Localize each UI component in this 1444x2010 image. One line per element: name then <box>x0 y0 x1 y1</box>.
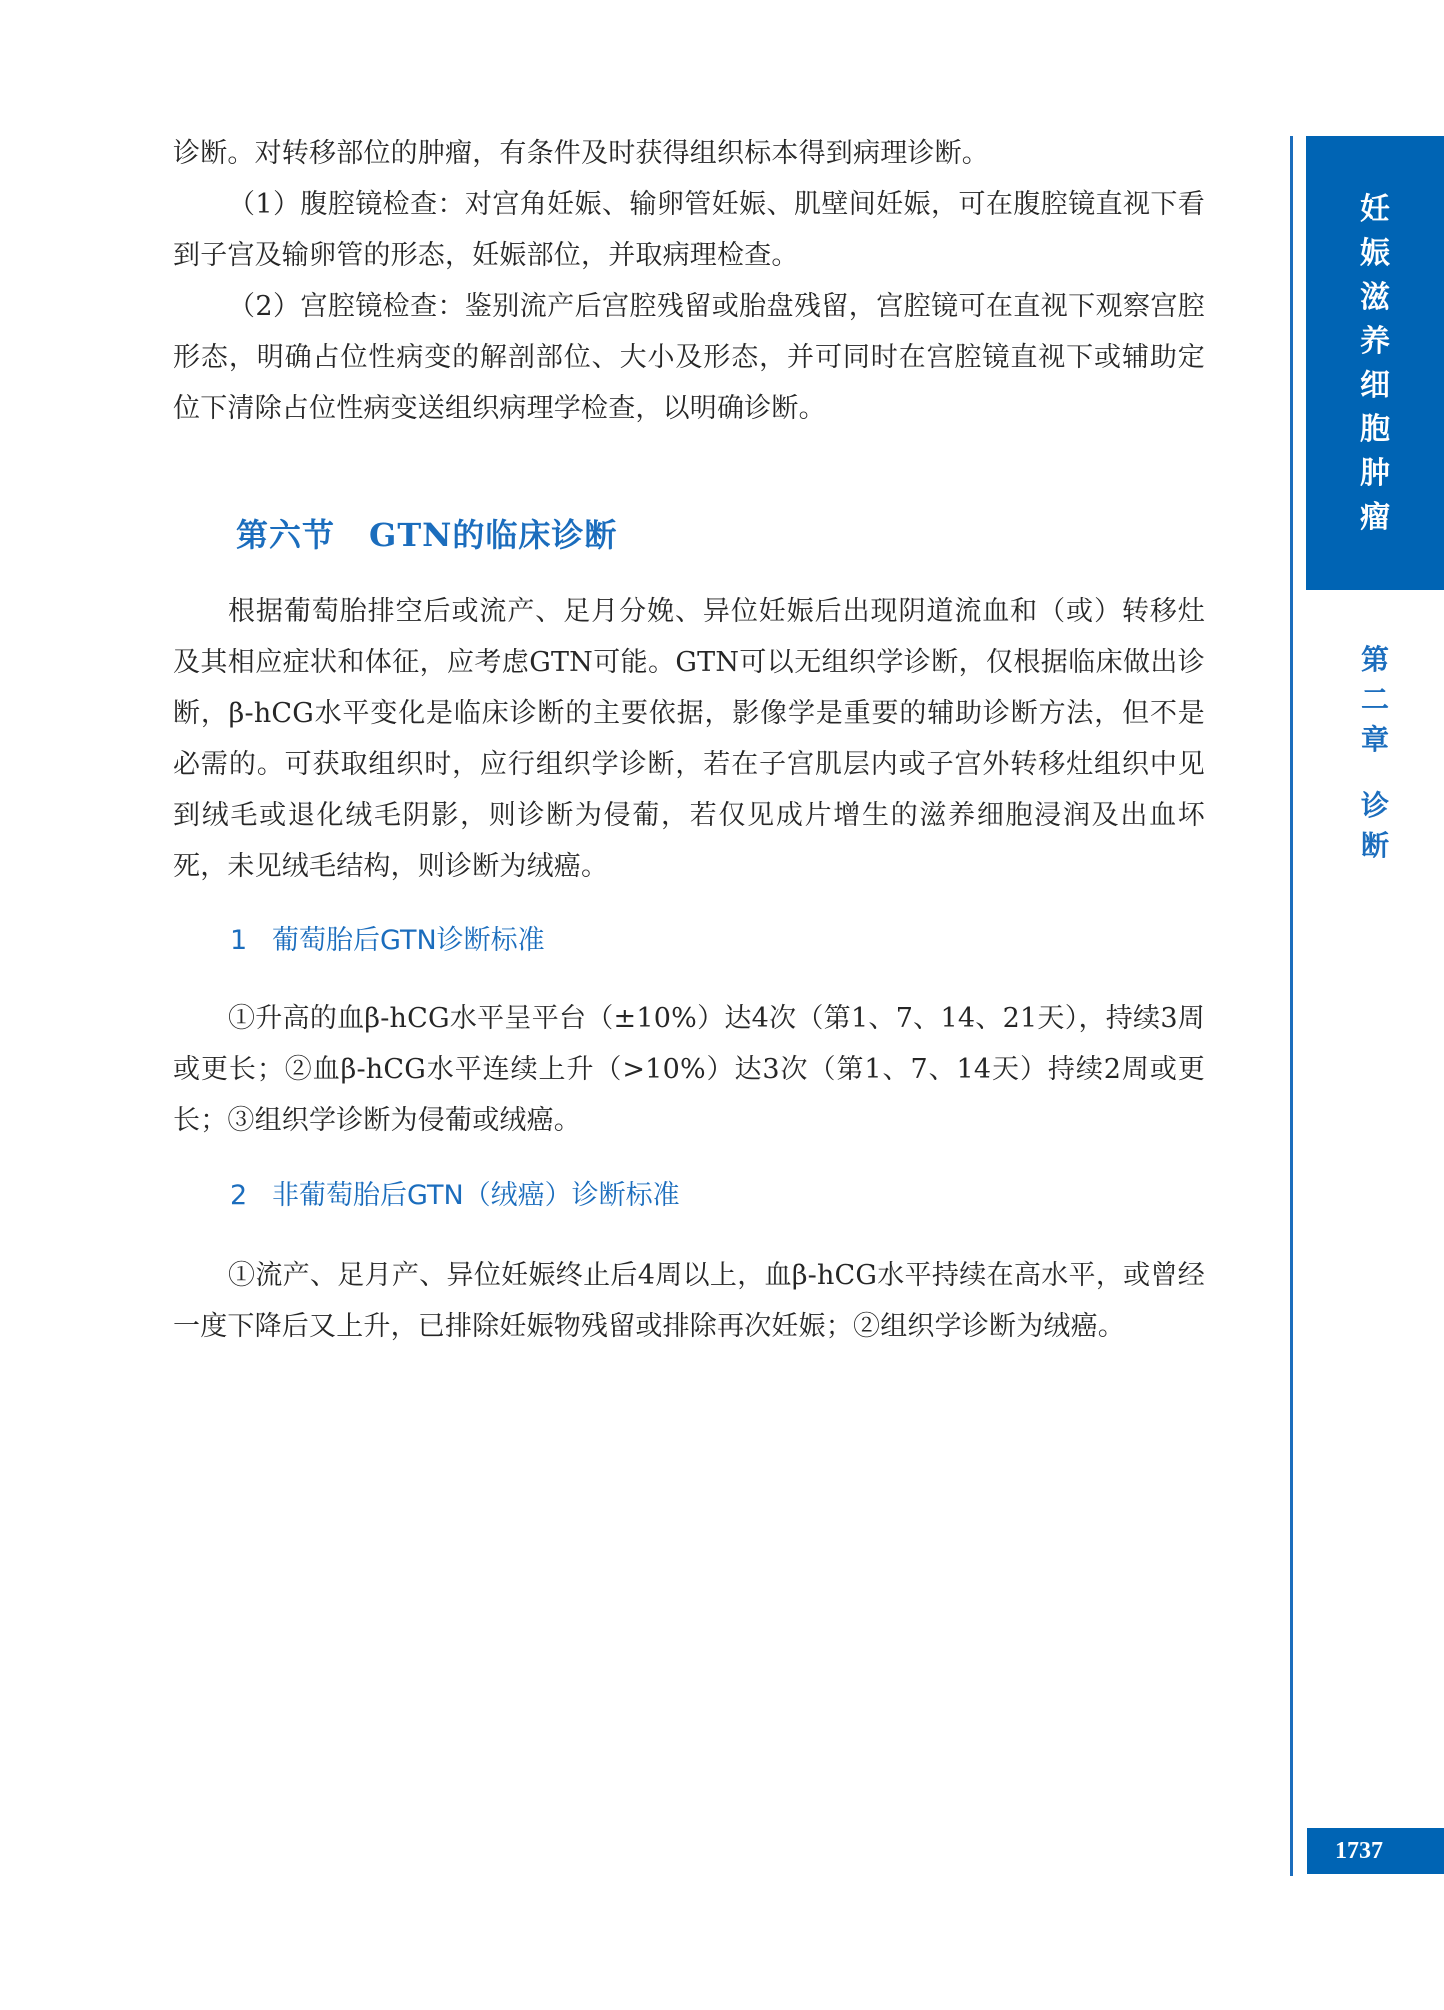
tab-char: 瘤 <box>1360 496 1390 540</box>
subsection-title: 葡萄胎后GTN诊断标准 <box>272 925 545 956</box>
section-heading: 第六节GTN的临床诊断 <box>236 510 617 556</box>
subsection-body: ①升高的血β-hCG水平呈平台（±10%）达4次（第1、7、14、21天），持续… <box>173 993 1205 1146</box>
subsection-body-2: ①流产、足月产、异位妊娠终止后4周以上，血β-hCG水平持续在高水平，或曾经一度… <box>173 1250 1205 1352</box>
subsection-heading-1: 1葡萄胎后GTN诊断标准 <box>230 918 545 957</box>
tab-char: 养 <box>1360 320 1390 364</box>
page-number: 1737 <box>1307 1828 1444 1874</box>
chapter-tab: 第 二 章 诊 断 <box>1330 640 1420 866</box>
tab-char: 娠 <box>1360 232 1390 276</box>
section-intro-block: 根据葡萄胎排空后或流产、足月分娩、异位妊娠后出现阴道流血和（或）转移灶及其相应症… <box>173 586 1205 892</box>
subsection-number: 2 <box>230 1180 272 1211</box>
section-label: 第六节 <box>236 516 335 554</box>
chapter-char: 二 <box>1361 680 1389 720</box>
chapter-char: 第 <box>1361 640 1389 680</box>
book-title-tab: 妊 娠 滋 养 细 胞 肿 瘤 <box>1306 136 1444 590</box>
subsection-body: ①流产、足月产、异位妊娠终止后4周以上，血β-hCG水平持续在高水平，或曾经一度… <box>173 1250 1205 1352</box>
subsection-body-1: ①升高的血β-hCG水平呈平台（±10%）达4次（第1、7、14、21天），持续… <box>173 993 1205 1146</box>
tab-char: 胞 <box>1360 408 1390 452</box>
section-title: GTN的临床诊断 <box>369 516 617 554</box>
section-intro: 根据葡萄胎排空后或流产、足月分娩、异位妊娠后出现阴道流血和（或）转移灶及其相应症… <box>173 586 1205 892</box>
paragraph-continuation: 诊断。对转移部位的肿瘤，有条件及时获得组织标本得到病理诊断。 <box>173 128 1205 179</box>
tab-char: 妊 <box>1360 188 1390 232</box>
tab-char: 肿 <box>1360 452 1390 496</box>
chapter-char: 章 <box>1361 720 1389 760</box>
subsection-title: 非葡萄胎后GTN（绒癌）诊断标准 <box>272 1180 680 1211</box>
subsection-heading-2: 2非葡萄胎后GTN（绒癌）诊断标准 <box>230 1173 680 1212</box>
tab-char: 滋 <box>1360 276 1390 320</box>
tab-char: 细 <box>1360 364 1390 408</box>
chapter-char: 诊 <box>1361 786 1389 826</box>
paragraph-laparoscopy: （1）腹腔镜检查：对宫角妊娠、输卵管妊娠、肌壁间妊娠，可在腹腔镜直视下看到子宫及… <box>173 179 1205 281</box>
chapter-char: 断 <box>1361 826 1389 866</box>
subsection-number: 1 <box>230 925 272 956</box>
top-text-block: 诊断。对转移部位的肿瘤，有条件及时获得组织标本得到病理诊断。 （1）腹腔镜检查：… <box>173 128 1205 434</box>
paragraph-hysteroscopy: （2）宫腔镜检查：鉴别流产后宫腔残留或胎盘残留，宫腔镜可在直视下观察宫腔形态，明… <box>173 281 1205 434</box>
margin-rule <box>1290 136 1293 1876</box>
